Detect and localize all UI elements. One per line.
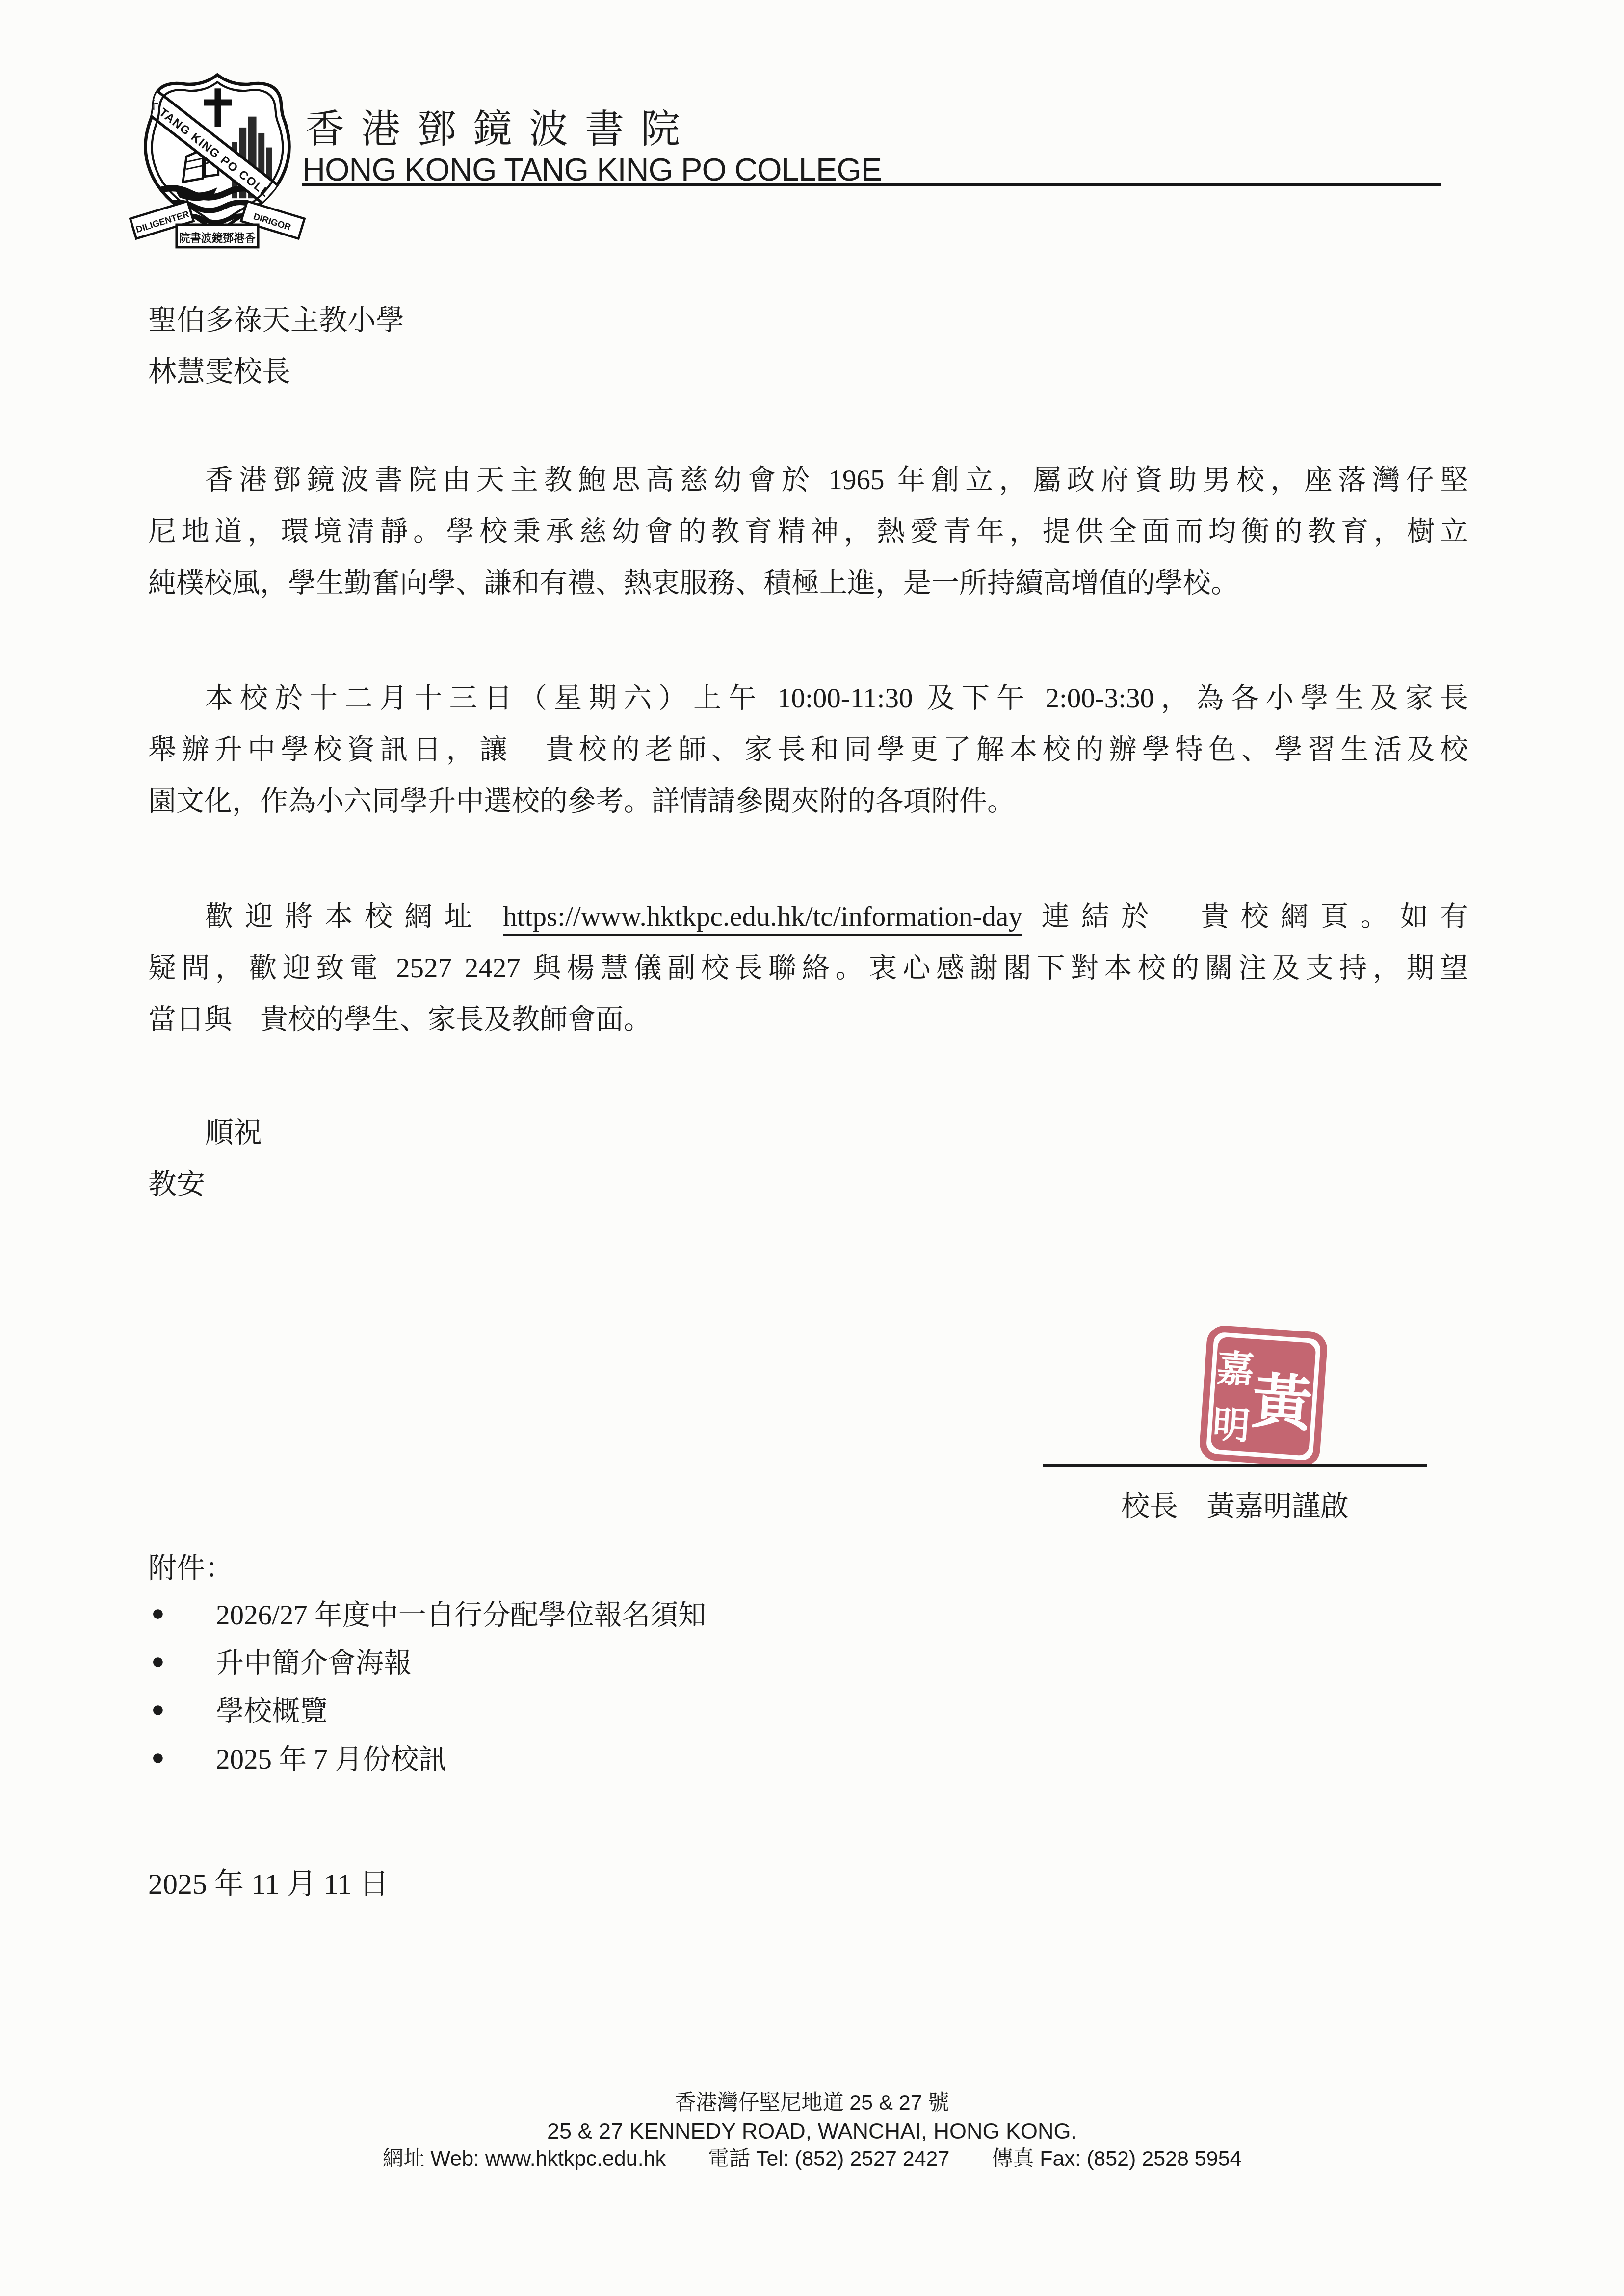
closing-salute: 教安: [148, 1158, 262, 1210]
footer-contact-line: 網址 Web: www.hktkpc.edu.hk 電話 Tel: (852) …: [0, 2145, 1624, 2173]
recipient-school: 聖伯多祿天主教小學: [148, 294, 404, 346]
principal-seal-stamp: 嘉 明 黃: [1199, 1325, 1329, 1468]
attachment-item: ● 2026/27 年度中一自行分配學位報名須知: [151, 1589, 706, 1637]
seal-char-top-left: 嘉: [1214, 1336, 1257, 1395]
closing-wish: 順祝: [148, 1107, 262, 1158]
body-line: 香港鄧鏡波書院由天主教鮑思高慈幼會於 1965 年創立，屬政府資助男校，座落灣仔…: [148, 454, 1468, 506]
paragraph-1: 香港鄧鏡波書院由天主教鮑思高慈幼會於 1965 年創立，屬政府資助男校，座落灣仔…: [148, 454, 1468, 609]
attachment-item: ● 2025 年 7 月份校訊: [151, 1733, 706, 1781]
bullet-icon: ●: [151, 1696, 216, 1722]
information-day-url: https://www.hktkpc.edu.hk/tc/information…: [503, 901, 1022, 932]
paragraph-2: 本校於十二月十三日（星期六）上午 10:00-11:30 及下午 2:00-3:…: [148, 673, 1468, 827]
attachments-list: ● 2026/27 年度中一自行分配學位報名須知 ● 升中簡介會海報 ● 學校概…: [151, 1589, 706, 1781]
attachment-text: 學校概覽: [216, 1689, 328, 1729]
body-line: 園文化，作為小六同學升中選校的參考。詳情請參閱夾附的各項附件。: [148, 776, 1468, 827]
principal-signature-text: 校長 黃嘉明謹啟: [1043, 1485, 1427, 1529]
letterhead-footer: 香港灣仔堅尼地道 25 & 27 號 25 & 27 KENNEDY ROAD,…: [0, 2089, 1624, 2173]
footer-address-english: 25 & 27 KENNEDY ROAD, WANCHAI, HONG KONG…: [0, 2117, 1624, 2145]
signature-line: [1043, 1464, 1427, 1467]
closing-block: 順祝 教安: [148, 1107, 262, 1210]
letter-date: 2025 年 11 月 11 日: [148, 1862, 389, 1906]
body-line: 尼地道，環境清靜。學校秉承慈幼會的教育精神，熱愛青年，提供全面而均衡的教育，樹立: [148, 506, 1468, 557]
attachment-text: 2026/27 年度中一自行分配學位報名須知: [216, 1592, 706, 1633]
attachment-item: ● 學校概覽: [151, 1685, 706, 1733]
url-prefix-text: 歡迎將本校網址: [205, 901, 503, 932]
body-line: 本校於十二月十三日（星期六）上午 10:00-11:30 及下午 2:00-3:…: [148, 673, 1468, 724]
bullet-icon: ●: [151, 1648, 216, 1674]
school-name-chinese: 香港鄧鏡波書院: [305, 97, 697, 154]
header-divider: [302, 183, 1441, 186]
seal-field: 嘉 明 黃: [1210, 1336, 1316, 1456]
body-line: 純樸校風，學生勤奮向學、謙和有禮、熱衷服務、積極上進，是一所持續高增值的學校。: [148, 557, 1468, 609]
crest-ribbon-chinese: 院書波鏡鄧港香: [179, 232, 255, 244]
footer-address-chinese: 香港灣仔堅尼地道 25 & 27 號: [0, 2089, 1624, 2117]
attachment-item: ● 升中簡介會海報: [151, 1637, 706, 1685]
body-line: 舉辦升中學校資訊日，讓 貴校的老師、家長和同學更了解本校的辦學特色、學習生活及校: [148, 724, 1468, 776]
letter-page: HK TANG KING PO COLLEGE DILIGENTER DIRIG…: [0, 0, 1624, 2296]
bullet-icon: ●: [151, 1600, 216, 1626]
seal-char-bottom-left: 明: [1210, 1393, 1253, 1452]
body-line: 疑問，歡迎致電 2527 2427 與楊慧儀副校長聯絡。衷心感謝閣下對本校的關注…: [148, 942, 1468, 994]
recipient-principal: 林慧雯校長: [148, 346, 404, 397]
letter-body: 香港鄧鏡波書院由天主教鮑思高慈幼會於 1965 年創立，屬政府資助男校，座落灣仔…: [148, 454, 1468, 1109]
attachment-text: 升中簡介會海報: [216, 1641, 412, 1681]
attachments-label: 附件：: [148, 1551, 234, 1586]
body-line: 當日與 貴校的學生、家長及教師會面。: [148, 994, 1468, 1045]
body-line: 歡迎將本校網址 https://www.hktkpc.edu.hk/tc/inf…: [148, 891, 1468, 942]
url-suffix-text: 連結於 貴校網頁。如有: [1022, 901, 1468, 932]
school-crest-logo: HK TANG KING PO COLLEGE DILIGENTER DIRIG…: [127, 64, 308, 250]
attachment-text: 2025 年 7 月份校訊: [216, 1737, 446, 1777]
seal-char-right: 黃: [1249, 1339, 1316, 1456]
bullet-icon: ●: [151, 1744, 216, 1770]
recipient-block: 聖伯多祿天主教小學 林慧雯校長: [148, 294, 404, 397]
paragraph-3: 歡迎將本校網址 https://www.hktkpc.edu.hk/tc/inf…: [148, 891, 1468, 1045]
